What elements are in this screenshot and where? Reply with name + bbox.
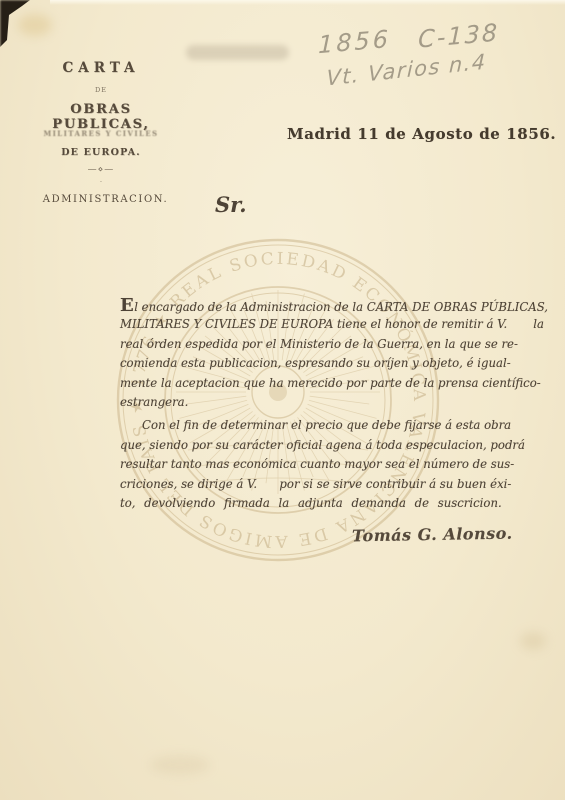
signature: Tomás G. Alonso. — [352, 524, 513, 546]
letterhead-divider: —⋄— — [20, 165, 182, 175]
letterhead-department: ADMINISTRACION. — [20, 194, 182, 205]
body-line: MILITARES Y CIVILES DE EUROPA tiene el h… — [120, 315, 528, 334]
salutation: Sr. — [215, 192, 247, 217]
scanned-letter-page: REAL SOCIEDAD ECONÓMICA VALENCIANA DE AM… — [0, 0, 565, 800]
body-line: criciones, se dirige á V. por si se sirv… — [120, 475, 528, 494]
body-line: to, devolviendo firmada la adjunta deman… — [120, 494, 528, 513]
letterhead-ornament: · — [20, 178, 182, 186]
pencil-note-year: 1856 — [318, 25, 391, 60]
paragraph-1: El encargado de la Administracion de la … — [120, 296, 528, 412]
paper-stain — [150, 755, 210, 775]
scan-top-edge — [50, 0, 565, 5]
pencil-note-code: C-138 — [418, 18, 499, 53]
letter-body: El encargado de la Administracion de la … — [120, 296, 528, 513]
letterhead-subtitle3: DE EUROPA. — [20, 147, 182, 158]
body-line: estrangera. — [120, 393, 528, 412]
body-line: que, siendo por su carácter oficial agen… — [120, 436, 528, 455]
body-line: mente la aceptacion que ha merecido por … — [120, 374, 528, 393]
letterhead-of: DE — [20, 86, 182, 94]
dateline: Madrid 11 de Agosto de 1856. — [287, 125, 556, 143]
body-line-text: l encargado de la Administracion de la C… — [134, 300, 548, 314]
body-line: Con el fin de determinar el precio que d… — [120, 416, 528, 435]
body-line: resultar tanto mas económica cuanto mayo… — [120, 455, 528, 474]
offset-ink-smudge — [186, 45, 289, 60]
letterhead-subtitle: OBRAS PUBLICAS, — [20, 102, 182, 132]
body-line: real órden espedida por el Ministerio de… — [120, 335, 528, 354]
letterhead-title: CARTA — [20, 60, 182, 76]
paper-stain — [520, 632, 546, 650]
body-line: comienda esta publicacion, espresando su… — [120, 354, 528, 373]
drop-initial: E — [120, 295, 134, 316]
body-line: El encargado de la Administracion de la … — [120, 296, 528, 315]
paper-stain — [18, 14, 52, 36]
letterhead-subtitle2: MILITARES Y CIVILES — [20, 129, 182, 138]
paragraph-2: Con el fin de determinar el precio que d… — [120, 416, 528, 513]
